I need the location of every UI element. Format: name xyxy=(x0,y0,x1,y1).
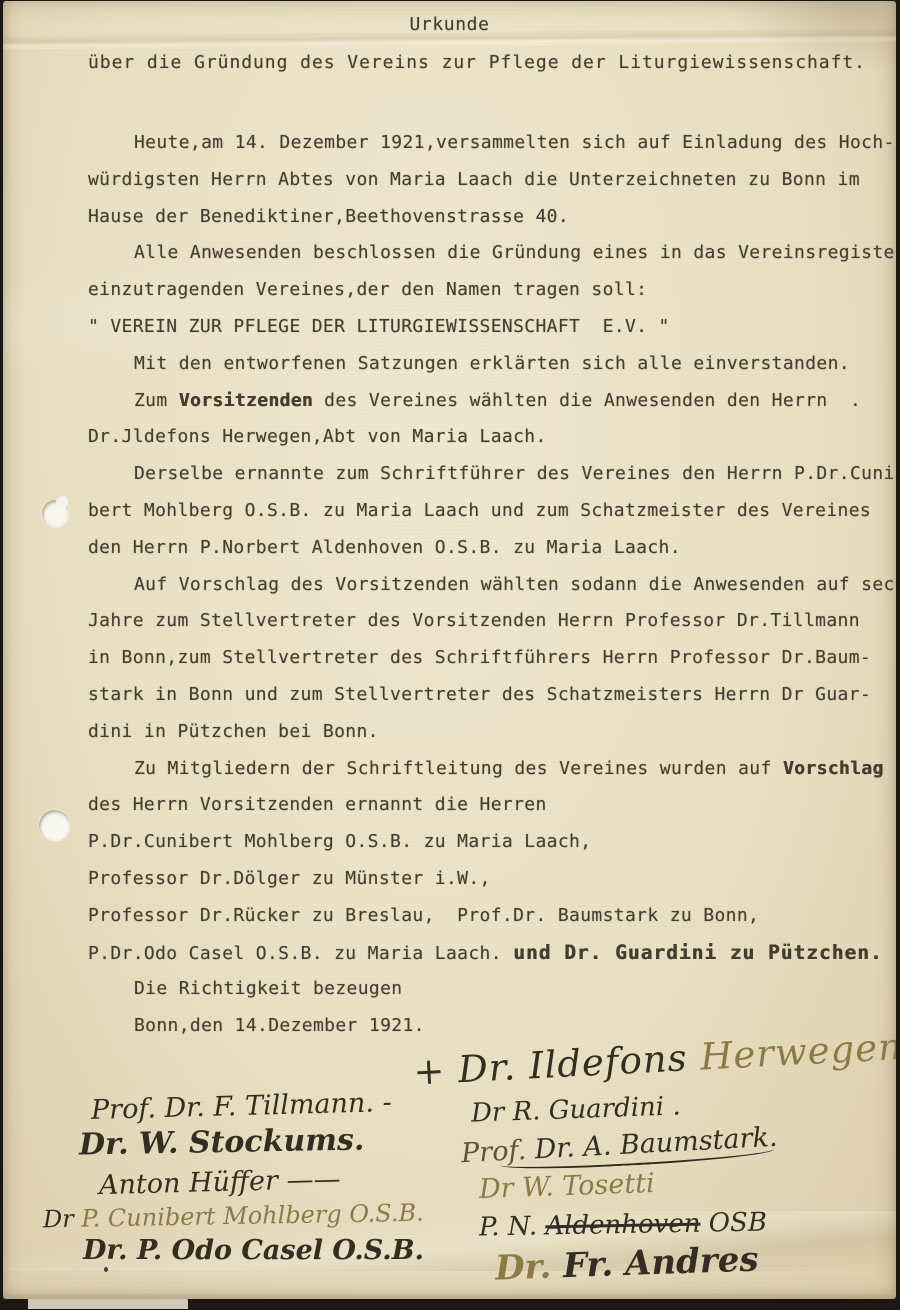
line-segment: dini in Pützchen bei Bonn. xyxy=(88,721,379,742)
line-segment: Zum xyxy=(134,390,179,411)
signature-baumstark: Prof. Dr. A. Baumstark. xyxy=(460,1122,778,1170)
line-segment: des Herrn Vorsitzenden ernannt die Herre… xyxy=(88,794,547,815)
document-subtitle: über die Gründung des Vereins zur Pflege… xyxy=(88,52,866,73)
signature-text: Dr. A. Baumstark. xyxy=(534,1122,778,1166)
document-line: P.Dr.Odo Casel O.S.B. zu Maria Laach. un… xyxy=(88,935,888,972)
signature-text: Dr W. Tosetti xyxy=(479,1168,656,1205)
line-segment: Jahre zum Stellvertreter des Vorsitzende… xyxy=(88,610,860,631)
line-segment: Zu Mitgliedern der Schriftleitung des Ve… xyxy=(134,758,783,779)
line-segment: einzutragenden Vereines,der den Namen tr… xyxy=(88,279,647,300)
line-segment: P.Dr.Cunibert Mohlberg O.S.B. zu Maria L… xyxy=(88,831,591,852)
document-body: Heute,am 14. Dezember 1921,versammelten … xyxy=(88,125,888,1045)
signature-text: Dr R. Guardini . xyxy=(471,1091,682,1128)
line-segment: den Herrn P.Norbert Aldenhoven O.S.B. zu… xyxy=(88,537,681,558)
document-line: Heute,am 14. Dezember 1921,versammelten … xyxy=(88,125,888,162)
document-line: einzutragenden Vereines,der den Namen tr… xyxy=(88,272,888,309)
document-line: Hause der Benediktiner,Beethovenstrasse … xyxy=(88,199,888,236)
line-segment: Derselbe ernannte zum Schriftführer des … xyxy=(134,463,896,484)
line-segment: Professor Dr.Dölger zu Münster i.W., xyxy=(88,868,491,889)
signature-text: OSB xyxy=(700,1207,767,1238)
punch-hole-top xyxy=(42,500,69,527)
signature-text: Prof. xyxy=(460,1134,535,1169)
signature-text: Aldenhoven xyxy=(545,1209,701,1242)
document-line: Professor Dr.Rücker zu Breslau, Prof.Dr.… xyxy=(88,898,888,935)
signature-tosetti: Dr W. Tosetti xyxy=(479,1168,656,1205)
stray-ink-dot xyxy=(104,1267,108,1272)
signature-casel: Dr. P. Odo Casel O.S.B. xyxy=(83,1235,424,1266)
document-line: den Herrn P.Norbert Aldenhoven O.S.B. zu… xyxy=(88,530,888,567)
signature-guardini: Dr R. Guardini . xyxy=(471,1091,682,1128)
signature-text: Dr. P. Odo Casel O.S.B. xyxy=(83,1235,424,1266)
signature-aldenhoven: P. N. Aldenhoven OSB xyxy=(479,1207,767,1242)
signature-hueffer: Anton Hüffer —— xyxy=(99,1164,341,1201)
document-line: " VEREIN ZUR PFLEGE DER LITURGIEWISSENSC… xyxy=(88,309,888,346)
line-segment: Die Richtigkeit bezeugen xyxy=(134,978,403,999)
line-segment: Professor Dr.Rücker zu Breslau, Prof.Dr.… xyxy=(88,905,759,926)
document-line: bert Mohlberg O.S.B. zu Maria Laach und … xyxy=(88,493,888,530)
line-segment: Bonn,den 14.Dezember 1921. xyxy=(134,1015,425,1036)
line-segment: " VEREIN ZUR PFLEGE DER LITURGIEWISSENSC… xyxy=(88,316,670,337)
signature-text: P. N. xyxy=(479,1211,546,1242)
line-segment: Auf Vorschlag des Vorsitzenden wählten s… xyxy=(134,574,896,595)
signature-mohlberg: Dr P. Cunibert Mohlberg O.S.B. xyxy=(43,1199,424,1234)
document-line: Alle Anwesenden beschlossen die Gründung… xyxy=(88,235,888,272)
line-segment: Alle Anwesenden beschlossen die Gründung… xyxy=(134,242,896,263)
document-line: stark in Bonn und zum Stellvertreter des… xyxy=(88,677,888,714)
paper-sheet: Urkunde über die Gründung des Vereins zu… xyxy=(3,1,896,1299)
signature-stockums: Dr. W. Stockums. xyxy=(79,1123,365,1163)
signature-text: Fr. Andres xyxy=(562,1239,759,1286)
punch-hole-bottom xyxy=(39,810,70,841)
signature-text: Prof. Dr. F. Tillmann. - xyxy=(91,1087,392,1126)
line-segment: stark in Bonn und zum Stellvertreter des… xyxy=(88,684,871,705)
document-line: Zum Vorsitzenden des Vereines wählten di… xyxy=(88,383,888,420)
line-segment: bert Mohlberg O.S.B. zu Maria Laach und … xyxy=(88,500,871,521)
document-line: Mit den entworfenen Satzungen erklärten … xyxy=(88,346,888,383)
signature-text: —— xyxy=(286,1164,341,1196)
document-line: Zu Mitgliedern der Schriftleitung des Ve… xyxy=(88,751,888,788)
signature-tillmann: Prof. Dr. F. Tillmann. - xyxy=(91,1087,392,1126)
line-segment: Heute,am 14. Dezember 1921,versammelten … xyxy=(134,132,895,153)
document-line: Professor Dr.Dölger zu Münster i.W., xyxy=(88,861,888,898)
document-line: Jahre zum Stellvertreter des Vorsitzende… xyxy=(88,603,888,640)
document-line: Die Richtigkeit bezeugen xyxy=(88,971,888,1008)
line-segment: und Dr. Guardini zu Pützchen. xyxy=(513,941,882,964)
signature-text: Dr. W. Stockums. xyxy=(79,1123,365,1163)
document-line: Auf Vorschlag des Vorsitzenden wählten s… xyxy=(88,567,888,604)
document-line: P.Dr.Cunibert Mohlberg O.S.B. zu Maria L… xyxy=(88,824,888,861)
line-segment: Vorschlag xyxy=(783,758,884,779)
document-line: dini in Pützchen bei Bonn. xyxy=(88,714,888,751)
line-segment: Vorsitzenden xyxy=(179,390,313,411)
line-segment: Hause der Benediktiner,Beethovenstrasse … xyxy=(88,206,569,227)
signature-andres: Dr. Fr. Andres xyxy=(494,1239,759,1288)
line-segment: Mit den entworfenen Satzungen erklärten … xyxy=(134,353,850,374)
line-segment: des Vereines wählten die Anwesenden den … xyxy=(313,390,861,411)
signature-text: Dr. xyxy=(494,1246,563,1288)
line-segment: Dr.Jldefons Herwegen,Abt von Maria Laach… xyxy=(88,426,547,447)
document-line: Dr.Jldefons Herwegen,Abt von Maria Laach… xyxy=(88,419,888,456)
line-segment: würdigsten Herrn Abtes von Maria Laach d… xyxy=(88,169,860,190)
line-segment: in Bonn,zum Stellvertreter des Schriftfü… xyxy=(88,647,871,668)
signature-text: Anton Hüffer xyxy=(99,1165,287,1201)
document-photo: Urkunde über die Gründung des Vereins zu… xyxy=(0,0,900,1310)
document-line: Derselbe ernannte zum Schriftführer des … xyxy=(88,456,888,493)
document-line: in Bonn,zum Stellvertreter des Schriftfü… xyxy=(88,640,888,677)
document-title: Urkunde xyxy=(3,14,896,35)
signature-text: P. Cunibert Mohlberg O.S.B. xyxy=(81,1199,424,1233)
signature-text: Dr xyxy=(43,1205,82,1234)
document-line: würdigsten Herrn Abtes von Maria Laach d… xyxy=(88,162,888,199)
line-segment: P.Dr.Odo Casel O.S.B. zu Maria Laach. xyxy=(88,943,513,964)
document-line: des Herrn Vorsitzenden ernannt die Herre… xyxy=(88,787,888,824)
